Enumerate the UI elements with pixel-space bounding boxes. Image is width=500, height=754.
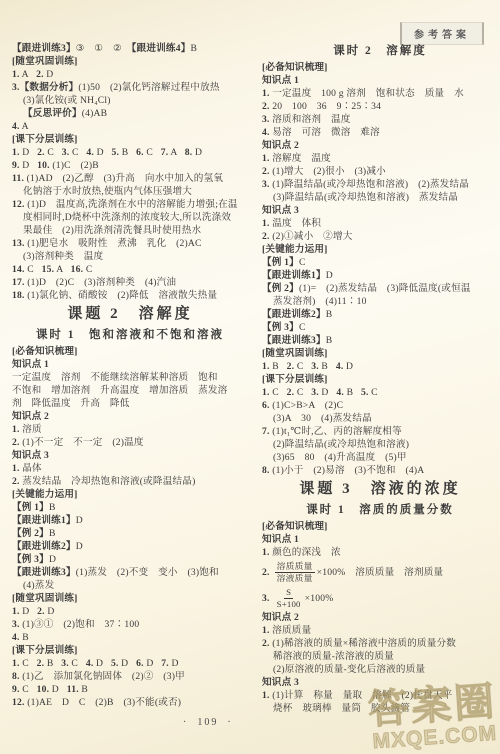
knowledge-point-header: 知识点 2 <box>12 410 248 423</box>
answer-line: 3.【数据分析】(1)50 (2)氯化钙溶解过程中放热 <box>12 81 248 94</box>
knowledge-point-header: 知识点 1 <box>12 358 248 371</box>
answer-line: 7. (1)t₁℃时,乙、丙的溶解度相等 <box>262 425 498 438</box>
answer-line: 12. (1)D 温度高,洗涤剂在水中的溶解能力增强;在温 <box>12 198 248 211</box>
answer-line: 【例 3】D <box>12 553 248 566</box>
section-bracket-header: [关键能力运用] <box>12 488 248 501</box>
answer-line: 【跟进训练3】(1)蒸发 (2)不变 变小 (3)饱和 <box>12 566 248 579</box>
answer-line: 9. D 10. (1)C (2)B <box>12 159 248 172</box>
knowledge-point-header: 知识点 3 <box>262 676 498 689</box>
answer-line: 1. B 2. C 3. B 4. D <box>262 360 498 373</box>
fraction-numerator: S <box>284 587 293 599</box>
knowledge-point-header: 知识点 3 <box>12 449 248 462</box>
answer-line: 【例 1】B <box>12 501 248 514</box>
answer-line: 2. 20 100 36 9∶25∶34 <box>262 100 498 113</box>
section-bracket-header: [必备知识梳理] <box>262 520 498 533</box>
answer-line: 2. (1)不一定 不一定 (2)温度 <box>12 436 248 449</box>
answer-line: 1. 晶体 <box>12 462 248 475</box>
knowledge-point-header: 知识点 1 <box>262 533 498 546</box>
answer-line: 3. (1)降温结晶(或冷却热饱和溶液) (2)蒸发结晶 <box>262 178 498 191</box>
answer-line: (3)氯化铵(或 NH₄Cl) <box>12 94 248 107</box>
answer-line: 度相同时,D烧杯中洗涤剂的浓度较大,所以洗涤效 <box>12 211 248 224</box>
answer-line: 9. C 10. D 11. B <box>12 683 248 696</box>
answer-line: 1. A 2. D <box>12 68 248 81</box>
answer-line: 2. (1)稀溶液的质量×稀溶液中溶质的质量分数 <box>262 637 498 650</box>
answer-line: 1. 颜色的深浅 浓 <box>262 546 498 559</box>
answer-line: (3)降温结晶(或冷却热饱和溶液) 蒸发结晶 <box>262 191 498 204</box>
answer-line: 11. (1)AD (2)乙醇 (3)升高 向水中加入的氢氧 <box>12 172 248 185</box>
section-bracket-header: [随堂巩固训练] <box>262 347 498 360</box>
answer-line: 剂 降低温度 升高 降低 <box>12 397 248 410</box>
section-bracket-header: [关键能力运用] <box>262 243 498 256</box>
section-bracket-header: [课下分层训练] <box>12 133 248 146</box>
answer-line: 4. 易溶 可溶 微溶 难溶 <box>262 126 498 139</box>
answer-line: 不饱和 增加溶剂 升高温度 增加溶质 蒸发溶 <box>12 384 248 397</box>
section-bracket-header: [随堂巩固训练] <box>12 592 248 605</box>
answer-line: 1. C 2. B 3. C 4. D 5. D 6. D 7. D <box>12 657 248 670</box>
answer-line: 化钠溶于水时放热,使瓶内气体压强增大 <box>12 185 248 198</box>
knowledge-point-header: 知识点 1 <box>262 74 498 87</box>
answer-line: 14. C 15. A 16. C <box>12 263 248 276</box>
lesson-heading: 课题 2 溶解度 <box>12 302 248 326</box>
answer-line: (3)65 80 (4)升高温度 (5)甲 <box>262 451 498 464</box>
answer-line: 【跟进训练3】③ ① ② 【跟进训练4】B <box>12 42 248 55</box>
answer-line: (2)原溶液的质量-变化后溶液的质量 <box>262 663 498 676</box>
section-bracket-header: [随堂巩固训练] <box>12 55 248 68</box>
knowledge-point-header: 知识点 3 <box>262 204 498 217</box>
class-hour-heading: 课时 1 溶质的质量分数 <box>262 501 498 520</box>
answer-line: 【跟进训练1】D <box>262 269 498 282</box>
answer-line: 【例 3】C <box>262 321 498 334</box>
fraction-numerator: 溶质质量 <box>275 561 315 573</box>
answer-line: 蒸发溶剂) (4)11∶10 <box>262 295 498 308</box>
answer-line: 2. (1)增大 (2)很小 (3)减小 <box>262 165 498 178</box>
answer-line: 1. (1)计算 称量 量取 溶解 (2)托盘天平 <box>262 689 498 702</box>
left-column: 【跟进训练3】③ ① ② 【跟进训练4】B[随堂巩固训练]1. A 2. D3.… <box>12 42 248 715</box>
answer-line: 17. (1)D (2)C (3)溶剂种类 (4)汽油 <box>12 276 248 289</box>
answer-line: (3)A 30 (4)蒸发结晶 <box>262 412 498 425</box>
answer-line: 1. C 2. C 3. D 4. B 5. C <box>262 386 498 399</box>
formula-line: 3.SS+100×100% <box>262 585 498 611</box>
fraction-denominator: 溶液质量 <box>275 573 315 584</box>
section-bracket-header: [课下分层训练] <box>262 373 498 386</box>
answer-line: (4)蒸发 <box>12 579 248 592</box>
answer-line: 1. 温度 体积 <box>262 217 498 230</box>
fraction: 溶质质量溶液质量 <box>275 561 315 583</box>
section-bracket-header: [必备知识梳理] <box>262 61 498 74</box>
answer-line: 8. (1)小于 (2)易溶 (3)不饱和 (4)A <box>262 464 498 477</box>
lesson-heading: 课题 3 溶液的浓度 <box>262 477 498 501</box>
answer-line: 1. 溶质质量 <box>262 624 498 637</box>
answer-line: 【反思评价】(4)AB <box>12 107 248 120</box>
answer-line: 13. (1)肥皂水 吸附性 煮沸 乳化 (2)AC <box>12 237 248 250</box>
answer-line: 2. (2)①减小 ②增大 <box>262 230 498 243</box>
answer-line: 3. (1)③① (2)饱和 37∶100 <box>12 618 248 631</box>
answer-line: 4. A <box>12 120 248 133</box>
answer-line: 【跟进训练3】B <box>262 334 498 347</box>
fraction-denominator: S+100 <box>275 599 303 610</box>
answer-line: 18. (1)氯化钠、硝酸铵 (2)降低 溶液散失热量 <box>12 289 248 302</box>
formula-number: 3. <box>262 592 270 605</box>
answer-line: 稀溶液的质量-浓溶液的质量 <box>262 650 498 663</box>
answer-line: (2)降温结晶(或冷却热饱和溶液) <box>262 438 498 451</box>
answer-line: 【例 2】(1)= (2)蒸发结晶 (3)降低温度(或恒温 <box>262 282 498 295</box>
answer-line: 3. 溶质和溶剂 温度 <box>262 113 498 126</box>
answer-line: 【例 2】B <box>12 527 248 540</box>
answer-line: 【跟进训练2】D <box>12 540 248 553</box>
page-number: · 109 · <box>183 717 233 728</box>
answer-line: 6. (1)C>B>A (2)C <box>262 399 498 412</box>
answer-line: 1. D 2. D <box>12 605 248 618</box>
knowledge-point-header: 知识点 2 <box>262 139 498 152</box>
answer-line: 一定温度 溶剂 不能继续溶解某种溶质 饱和 <box>12 371 248 384</box>
answer-line: 8. (1)乙 添加氯化钠固体 (2)② (3)甲 <box>12 670 248 683</box>
answer-line: 1. 溶解度 温度 <box>262 152 498 165</box>
formula-number: 2. <box>262 566 270 579</box>
section-bracket-header: [必备知识梳理] <box>12 345 248 358</box>
fraction: SS+100 <box>275 587 303 609</box>
formula-suffix: ×100% <box>305 592 334 605</box>
formula-line: 2.溶质质量溶液质量×100% 溶质质量 溶剂质量 <box>262 559 498 585</box>
class-hour-heading: 课时 2 溶解度 <box>262 42 498 61</box>
knowledge-point-header: 知识点 2 <box>262 611 498 624</box>
right-column: 课时 2 溶解度[必备知识梳理]知识点 11. 一定温度 100 g 溶剂 饱和… <box>262 42 498 715</box>
watermark-site: MXQE.COM <box>370 721 500 754</box>
answers-content: 【跟进训练3】③ ① ② 【跟进训练4】B[随堂巩固训练]1. A 2. D3.… <box>12 42 498 715</box>
class-hour-heading: 课时 1 饱和溶液和不饱和溶液 <box>12 326 248 345</box>
answer-line: 烧杯 玻璃棒 量筒 胶头滴管 <box>262 702 498 715</box>
answer-line: 1. D 2. C 3. C 4. D 5. B 6. C 7. A 8. D <box>12 146 248 159</box>
answer-line: 果最佳 (2)用洗涤剂清洗餐具时使用热水 <box>12 224 248 237</box>
formula-suffix: ×100% 溶质质量 溶剂质量 <box>317 566 444 579</box>
section-bracket-header: [课下分层训练] <box>12 644 248 657</box>
answer-line: 1. 一定温度 100 g 溶剂 饱和状态 质量 水 <box>262 87 498 100</box>
answer-page: 参考答案 【跟进训练3】③ ① ② 【跟进训练4】B[随堂巩固训练]1. A 2… <box>0 0 500 754</box>
answer-line: 2. 蒸发结晶 冷却热饱和溶液(或降温结晶) <box>12 475 248 488</box>
answer-line: 4. B <box>12 631 248 644</box>
answer-line: 1. 溶质 <box>12 423 248 436</box>
answer-line: (3)溶剂种类 温度 <box>12 250 248 263</box>
answer-line: 12. (1)AE D C (2)B (3)不能(或否) <box>12 696 248 709</box>
answer-line: 【跟进训练1】D <box>12 514 248 527</box>
answer-line: 【跟进训练2】B <box>262 308 498 321</box>
answer-line: 【例 1】C <box>262 256 498 269</box>
